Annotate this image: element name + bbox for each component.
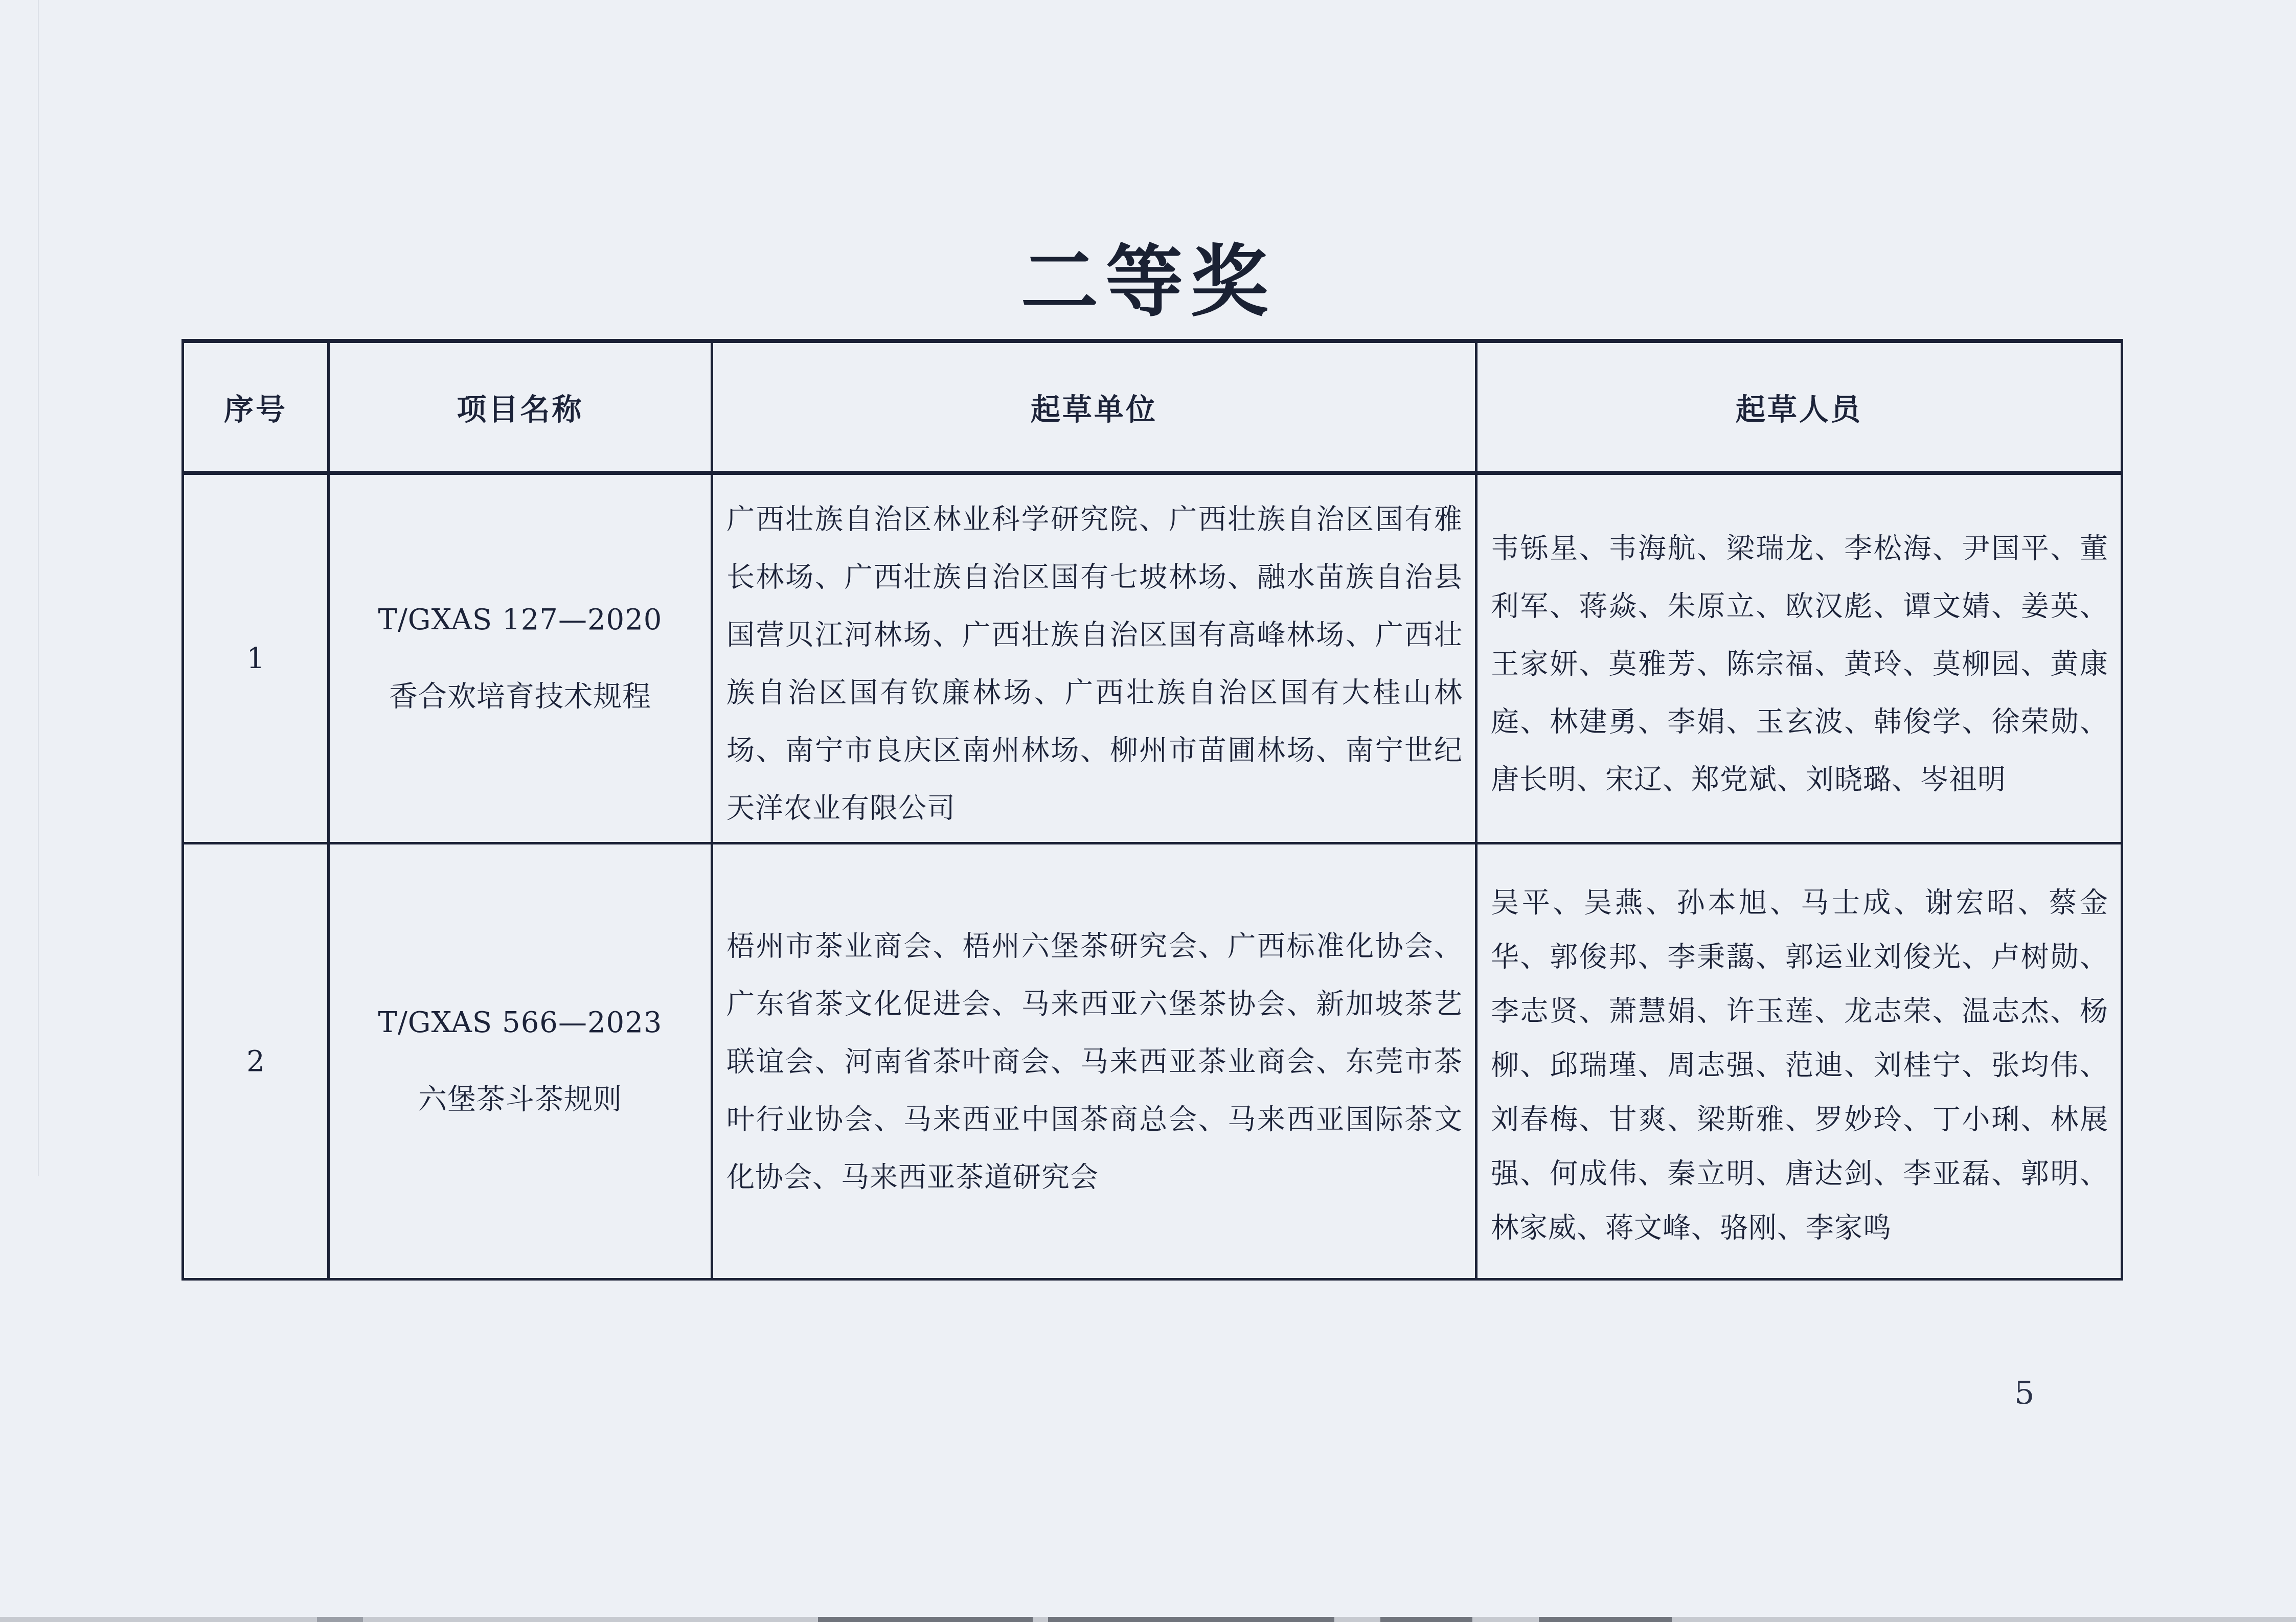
header-drafting-personnel: 起草人员 xyxy=(1476,341,2122,473)
row1-project: T/GXAS 127—2020 香合欢培育技术规程 xyxy=(329,473,712,843)
document-page: 二等奖 序号 项目名称 起草单位 起草人员 1 T/GXAS 127—2020 … xyxy=(0,0,2296,1622)
row1-drafting-personnel-text: 韦铄星、韦海航、梁瑞龙、李松海、尹国平、董利军、蒋焱、朱原立、欧汉彪、谭文婧、姜… xyxy=(1477,509,2121,808)
row2-drafting-units: 梧州市茶业商会、梧州六堡茶研究会、广西标准化协会、广东省茶文化促进会、马来西亚六… xyxy=(712,843,1476,1280)
table-row: 2 T/GXAS 566—2023 六堡茶斗茶规则 梧州市茶业商会、梧州六堡茶研… xyxy=(183,843,2122,1280)
row2-number: 2 xyxy=(183,843,329,1280)
table-row: 1 T/GXAS 127—2020 香合欢培育技术规程 广西壮族自治区林业科学研… xyxy=(183,473,2122,843)
row1-drafting-units: 广西壮族自治区林业科学研究院、广西壮族自治区国有雅长林场、广西壮族自治区国有七坡… xyxy=(712,473,1476,843)
header-row: 序号 项目名称 起草单位 起草人员 xyxy=(183,341,2122,473)
header-no: 序号 xyxy=(183,341,329,473)
page-number: 5 xyxy=(2014,1374,2034,1411)
row1-project-name: 香合欢培育技术规程 xyxy=(330,658,711,735)
row1-project-code: T/GXAS 127—2020 xyxy=(330,582,711,658)
scanner-artifact xyxy=(1048,1617,1334,1622)
scanner-artifact xyxy=(818,1617,1033,1622)
page-title: 二等奖 xyxy=(1021,220,1276,331)
row2-project-code: T/GXAS 566—2023 xyxy=(330,985,711,1061)
row1-drafting-personnel: 韦铄星、韦海航、梁瑞龙、李松海、尹国平、董利军、蒋焱、朱原立、欧汉彪、谭文婧、姜… xyxy=(1476,473,2122,843)
row2-project: T/GXAS 566—2023 六堡茶斗茶规则 xyxy=(329,843,712,1280)
row1-drafting-units-text: 广西壮族自治区林业科学研究院、广西壮族自治区国有雅长林场、广西壮族自治区国有七坡… xyxy=(713,480,1475,837)
row2-drafting-personnel: 吴平、吴燕、孙本旭、马士成、谢宏昭、蔡金华、郭俊邦、李秉藹、郭运业刘俊光、卢树勋… xyxy=(1476,843,2122,1280)
awards-table: 序号 项目名称 起草单位 起草人员 1 T/GXAS 127—2020 香合欢培… xyxy=(181,339,2123,1281)
scan-crease-line xyxy=(38,0,39,1176)
scanner-edge-strip xyxy=(0,1617,2296,1622)
scanner-artifact xyxy=(1380,1617,1472,1622)
scanner-artifact xyxy=(317,1617,363,1622)
row2-drafting-units-text: 梧州市茶业商会、梧州六堡茶研究会、广西标准化协会、广东省茶文化促进会、马来西亚六… xyxy=(713,917,1475,1206)
header-project-name: 项目名称 xyxy=(329,341,712,473)
row1-number: 1 xyxy=(183,473,329,843)
row2-project-name: 六堡茶斗茶规则 xyxy=(330,1061,711,1138)
header-drafting-unit: 起草单位 xyxy=(712,341,1476,473)
scanner-artifact xyxy=(1539,1617,1672,1622)
row2-drafting-personnel-text: 吴平、吴燕、孙本旭、马士成、谢宏昭、蔡金华、郭俊邦、李秉藹、郭运业刘俊光、卢树勋… xyxy=(1477,868,2121,1254)
